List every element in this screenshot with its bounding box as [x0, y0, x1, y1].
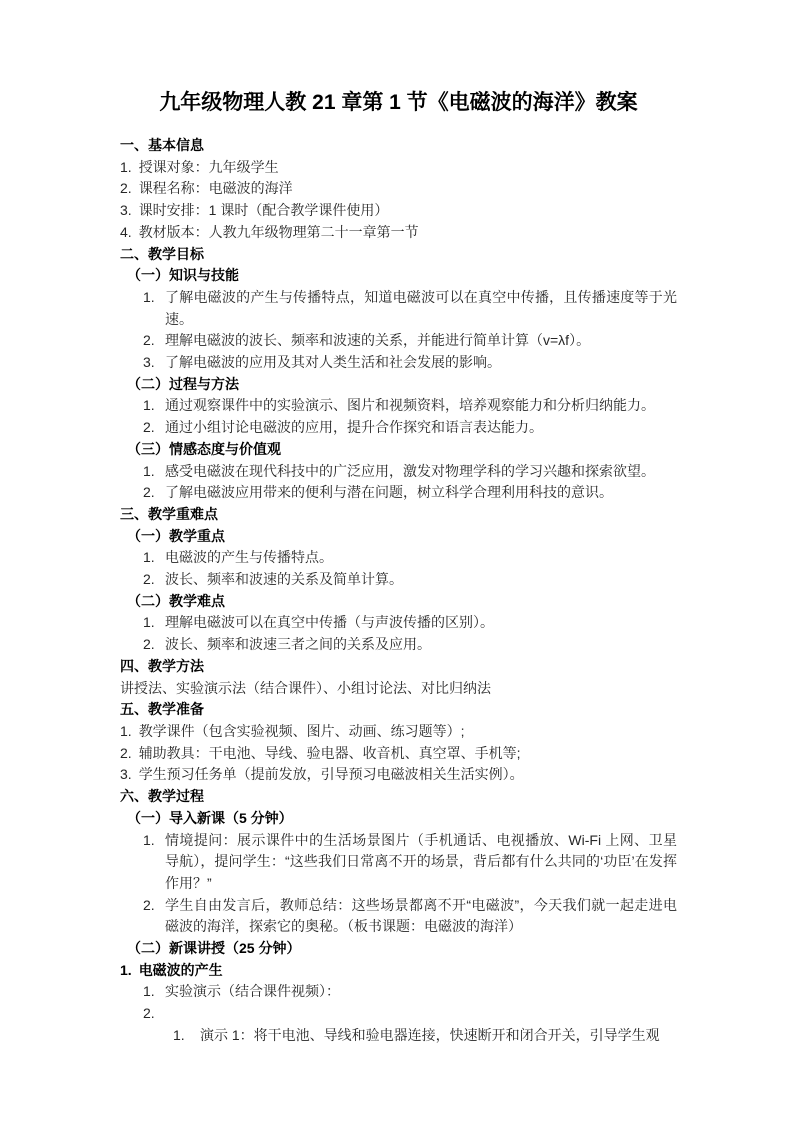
- item-text: 了解电磁波应用带来的便利与潜在问题，树立科学合理利用科技的意识。: [165, 482, 677, 504]
- item-number: 1.: [143, 612, 165, 634]
- subsection-heading: （一）教学重点: [120, 526, 677, 548]
- numbered-subitem: 1.实验演示（结合课件视频）：: [120, 981, 677, 1003]
- numbered-subitem: 1.情境提问：展示课件中的生活场景图片（手机通话、电视播放、Wi-Fi 上网、卫…: [120, 830, 677, 895]
- numbered-subitem: 1.了解电磁波的产生与传播特点，知道电磁波可以在真空中传播，且传播速度等于光速。: [120, 287, 677, 330]
- item-number: 2.: [143, 330, 165, 352]
- item-number: 2.: [120, 178, 132, 200]
- item-number: 3.: [120, 764, 132, 786]
- numbered-item: 2.课程名称：电磁波的海洋: [120, 178, 677, 200]
- section-heading: 六、教学过程: [120, 786, 677, 808]
- numbered-subitem: 2.学生自由发言后，教师总结：这些场景都离不开“电磁波”，今天我们就一起走进电磁…: [120, 895, 677, 938]
- item-number: 2.: [120, 743, 132, 765]
- item-number: 1.: [143, 395, 165, 417]
- numbered-subitem: 1.电磁波的产生与传播特点。: [120, 547, 677, 569]
- item-text: 了解电磁波的应用及其对人类生活和社会发展的影响。: [165, 352, 677, 374]
- numbered-subitem: 1.通过观察课件中的实验演示、图片和视频资料，培养观察能力和分析归纳能力。: [120, 395, 677, 417]
- document-body: 一、基本信息1.授课对象：九年级学生2.课程名称：电磁波的海洋3.课时安排：1 …: [120, 135, 677, 1047]
- item-number: 1.: [143, 830, 165, 895]
- numbered-subitem: 2.理解电磁波的波长、频率和波速的关系，并能进行简单计算（v=λf）。: [120, 330, 677, 352]
- item-number: 1.: [143, 981, 165, 1003]
- item-text: 辅助教具：干电池、导线、验电器、收音机、真空罩、手机等;: [139, 743, 677, 765]
- item-text: 演示 1：将干电池、导线和验电器连接，快速断开和闭合开关，引导学生观: [200, 1025, 677, 1047]
- numbered-subitem: 3.了解电磁波的应用及其对人类生活和社会发展的影响。: [120, 352, 677, 374]
- item-number: 2.: [143, 569, 165, 591]
- item-text: 电磁波的产生与传播特点。: [165, 547, 677, 569]
- document-page: 九年级物理人教 21 章第 1 节《电磁波的海洋》教案 一、基本信息1.授课对象…: [0, 0, 794, 1123]
- section-heading: 一、基本信息: [120, 135, 677, 157]
- item-number: 3.: [143, 352, 165, 374]
- numbered-item: 1.教学课件（包含实验视频、图片、动画、练习题等）;: [120, 721, 677, 743]
- numbered-item: 3.课时安排：1 课时（配合教学课件使用）: [120, 200, 677, 222]
- item-text: 通过观察课件中的实验演示、图片和视频资料，培养观察能力和分析归纳能力。: [165, 395, 677, 417]
- item-text: 理解电磁波的波长、频率和波速的关系，并能进行简单计算（v=λf）。: [165, 330, 677, 352]
- item-text: 波长、频率和波速的关系及简单计算。: [165, 569, 677, 591]
- item-number: 1.: [120, 721, 132, 743]
- item-text: 波长、频率和波速三者之间的关系及应用。: [165, 634, 677, 656]
- numbered-subitem: 2.波长、频率和波速的关系及简单计算。: [120, 569, 677, 591]
- numbered-item: 3.学生预习任务单（提前发放，引导预习电磁波相关生活实例）。: [120, 764, 677, 786]
- subsection-heading: （二）教学难点: [120, 591, 677, 613]
- numbered-subitem: 2.波长、频率和波速三者之间的关系及应用。: [120, 634, 677, 656]
- document-content: 九年级物理人教 21 章第 1 节《电磁波的海洋》教案 一、基本信息1.授课对象…: [120, 88, 677, 1047]
- item-text: 电磁波的产生: [139, 960, 677, 982]
- subsection-heading: （一）知识与技能: [120, 265, 677, 287]
- item-number: 1.: [120, 157, 132, 179]
- item-text: 课程名称：电磁波的海洋: [139, 178, 677, 200]
- item-text: 课时安排：1 课时（配合教学课件使用）: [139, 200, 677, 222]
- item-text: 教学课件（包含实验视频、图片、动画、练习题等）;: [139, 721, 677, 743]
- numbered-subitem: 2.: [120, 1003, 677, 1025]
- item-text: 通过小组讨论电磁波的应用，提升合作探究和语言表达能力。: [165, 417, 677, 439]
- item-number: 3.: [120, 200, 132, 222]
- subsection-heading: （二）过程与方法: [120, 374, 677, 396]
- subsection-heading: （三）情感态度与价值观: [120, 439, 677, 461]
- numbered-item: 1.授课对象：九年级学生: [120, 157, 677, 179]
- paragraph: 讲授法、实验演示法（结合课件）、小组讨论法、对比归纳法: [120, 678, 677, 700]
- item-text: 了解电磁波的产生与传播特点，知道电磁波可以在真空中传播，且传播速度等于光速。: [165, 287, 677, 330]
- item-number: 2.: [143, 417, 165, 439]
- numbered-subitem: 1.感受电磁波在现代科技中的广泛应用，激发对物理学科的学习兴趣和探索欲望。: [120, 461, 677, 483]
- item-text: 理解电磁波可以在真空中传播（与声波传播的区别）。: [165, 612, 677, 634]
- item-text: 实验演示（结合课件视频）：: [165, 981, 677, 1003]
- section-heading: 三、教学重难点: [120, 504, 677, 526]
- numbered-subitem: 2.通过小组讨论电磁波的应用，提升合作探究和语言表达能力。: [120, 417, 677, 439]
- subsection-heading: （二）新课讲授（25 分钟）: [120, 938, 677, 960]
- item-number: 2.: [143, 895, 165, 938]
- item-number: 4.: [120, 222, 132, 244]
- item-text: 学生自由发言后，教师总结：这些场景都离不开“电磁波”，今天我们就一起走进电磁波的…: [165, 895, 677, 938]
- section-heading: 四、教学方法: [120, 656, 677, 678]
- item-number: 1.: [143, 287, 165, 330]
- item-number: 2.: [143, 482, 165, 504]
- item-text: 感受电磁波在现代科技中的广泛应用，激发对物理学科的学习兴趣和探索欲望。: [165, 461, 677, 483]
- subsection-heading: （一）导入新课（5 分钟）: [120, 808, 677, 830]
- item-text: 授课对象：九年级学生: [139, 157, 677, 179]
- item-text: 情境提问：展示课件中的生活场景图片（手机通话、电视播放、Wi-Fi 上网、卫星导…: [165, 830, 677, 895]
- bold-numbered-heading: 1.电磁波的产生: [120, 960, 677, 982]
- numbered-subsubitem: 1.演示 1：将干电池、导线和验电器连接，快速断开和闭合开关，引导学生观: [120, 1025, 677, 1047]
- item-number: 2.: [143, 1003, 165, 1025]
- numbered-subitem: 1.理解电磁波可以在真空中传播（与声波传播的区别）。: [120, 612, 677, 634]
- item-text: [165, 1003, 677, 1025]
- numbered-item: 4.教材版本：人教九年级物理第二十一章第一节: [120, 222, 677, 244]
- item-number: 2.: [143, 634, 165, 656]
- item-text: 学生预习任务单（提前发放，引导预习电磁波相关生活实例）。: [139, 764, 677, 786]
- numbered-subitem: 2.了解电磁波应用带来的便利与潜在问题，树立科学合理利用科技的意识。: [120, 482, 677, 504]
- item-number: 1.: [143, 461, 165, 483]
- item-number: 1.: [173, 1025, 200, 1047]
- section-heading: 二、教学目标: [120, 244, 677, 266]
- section-heading: 五、教学准备: [120, 699, 677, 721]
- item-number: 1.: [143, 547, 165, 569]
- item-text: 教材版本：人教九年级物理第二十一章第一节: [139, 222, 677, 244]
- numbered-item: 2.辅助教具：干电池、导线、验电器、收音机、真空罩、手机等;: [120, 743, 677, 765]
- document-title: 九年级物理人教 21 章第 1 节《电磁波的海洋》教案: [90, 88, 707, 118]
- item-number: 1.: [120, 960, 132, 982]
